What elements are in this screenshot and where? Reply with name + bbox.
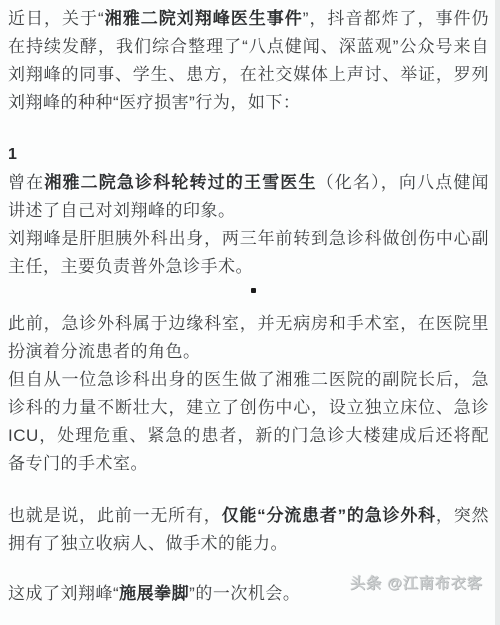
section-number: 1 bbox=[8, 141, 489, 169]
text-run: 曾在 bbox=[8, 173, 44, 192]
paragraph-doctor-intro: 曾在湘雅二院急诊科轮转过的王雪医生（化名），向八点健闻讲述了自己对刘翔峰的印象。 bbox=[8, 169, 489, 225]
toutiao-watermark: 头条 @江南布衣客 bbox=[350, 572, 483, 593]
paragraph-background: 刘翔峰是肝胆胰外科出身，两三年前转到急诊科做创伤中心副主任，主要负责普外急诊手术… bbox=[8, 225, 489, 281]
dot-icon bbox=[251, 288, 256, 293]
paragraph-growth: 但自从一位急诊科出身的医生做了湘雅二医院的副院长后，急诊科的力量不断壮大，建立了… bbox=[8, 366, 489, 478]
article-page: 近日，关于“湘雅二院刘翔峰医生事件”，抖音都炸了，事件仍在持续发酵，我们综合整理… bbox=[0, 0, 500, 625]
paragraph-department: 此前，急诊外科属于边缘科室，并无病房和手术室，在医院里扮演着分流患者的角色。 bbox=[8, 310, 489, 366]
text-run-bold-doctor: 湘雅二院急诊科轮转过的王雪医生 bbox=[44, 173, 316, 192]
text-run-bold-triage: 仅能“分流患者”的急诊外科 bbox=[222, 506, 436, 525]
text-run: 也就是说，此前一无所有， bbox=[8, 506, 222, 525]
paragraph-conclusion: 也就是说，此前一无所有，仅能“分流患者”的急诊外科，突然拥有了独立收病人、做手术… bbox=[8, 502, 489, 558]
bullet-divider bbox=[8, 283, 489, 297]
paragraph-intro: 近日，关于“湘雅二院刘翔峰医生事件”，抖音都炸了，事件仍在持续发酵，我们综合整理… bbox=[8, 5, 489, 117]
text-run-bold-event-name: 湘雅二院刘翔峰医生事件 bbox=[104, 9, 303, 28]
text-run-bold-opportunity: 施展拳脚 bbox=[119, 584, 189, 603]
right-edge-strip bbox=[495, 0, 500, 625]
text-run: 这成了刘翔峰“ bbox=[8, 584, 119, 603]
text-run: 近日，关于“ bbox=[8, 9, 104, 28]
last-row: 头条 @江南布衣客 这成了刘翔峰“施展拳脚”的一次机会。 bbox=[8, 580, 489, 608]
text-run: ”的一次机会。 bbox=[189, 584, 300, 603]
